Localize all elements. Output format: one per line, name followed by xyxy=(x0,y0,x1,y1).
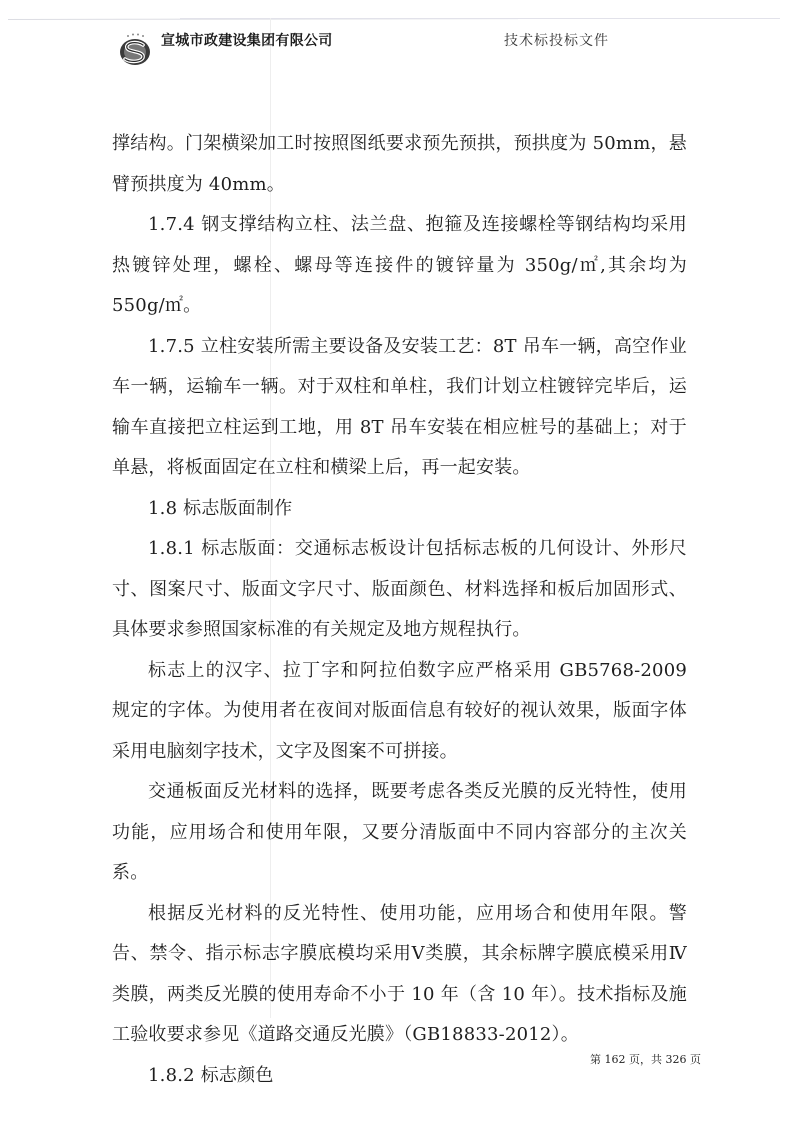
company-s-logo-icon xyxy=(116,32,154,68)
paragraph-1-7-4: 1.7.4 钢支撑结构立柱、法兰盘、抱箍及连接螺栓等钢结构均采用热镀锌处理，螺栓… xyxy=(112,205,687,327)
paragraph-1-8-1: 1.8.1 标志版面：交通标志板设计包括标志板的几何设计、外形尺寸、图案尺寸、版… xyxy=(112,529,687,651)
paragraph-continuation: 撑结构。门架横梁加工时按照图纸要求预先预拱，预拱度为 50mm，悬臂预拱度为 4… xyxy=(112,124,687,205)
paragraph-reflective-material: 交通板面反光材料的选择，既要考虑各类反光膜的反光特性，使用功能，应用场合和使用年… xyxy=(112,772,687,894)
section-heading-1-8: 1.8 标志版面制作 xyxy=(112,489,687,530)
page-number: 第 162 页，共 326 页 xyxy=(590,1051,701,1067)
paragraph-font-standard: 标志上的汉字、拉丁字和阿拉伯数字应严格采用 GB5768-2009 规定的字体。… xyxy=(112,651,687,773)
page-header: 宣城市政建设集团有限公司 技术标投标文件 xyxy=(0,0,793,80)
document-body: 撑结构。门架横梁加工时按照图纸要求预先预拱，预拱度为 50mm，悬臂预拱度为 4… xyxy=(112,124,687,1096)
company-name: 宣城市政建设集团有限公司 xyxy=(161,30,333,50)
paragraph-reflective-film-types: 根据反光材料的反光特性、使用功能，应用场合和使用年限。警告、禁令、指示标志字膜底… xyxy=(112,894,687,1056)
document-type: 技术标投标文件 xyxy=(504,30,609,50)
paragraph-1-7-5: 1.7.5 立柱安装所需主要设备及安装工艺：8T 吊车一辆，高空作业车一辆，运输… xyxy=(112,327,687,489)
